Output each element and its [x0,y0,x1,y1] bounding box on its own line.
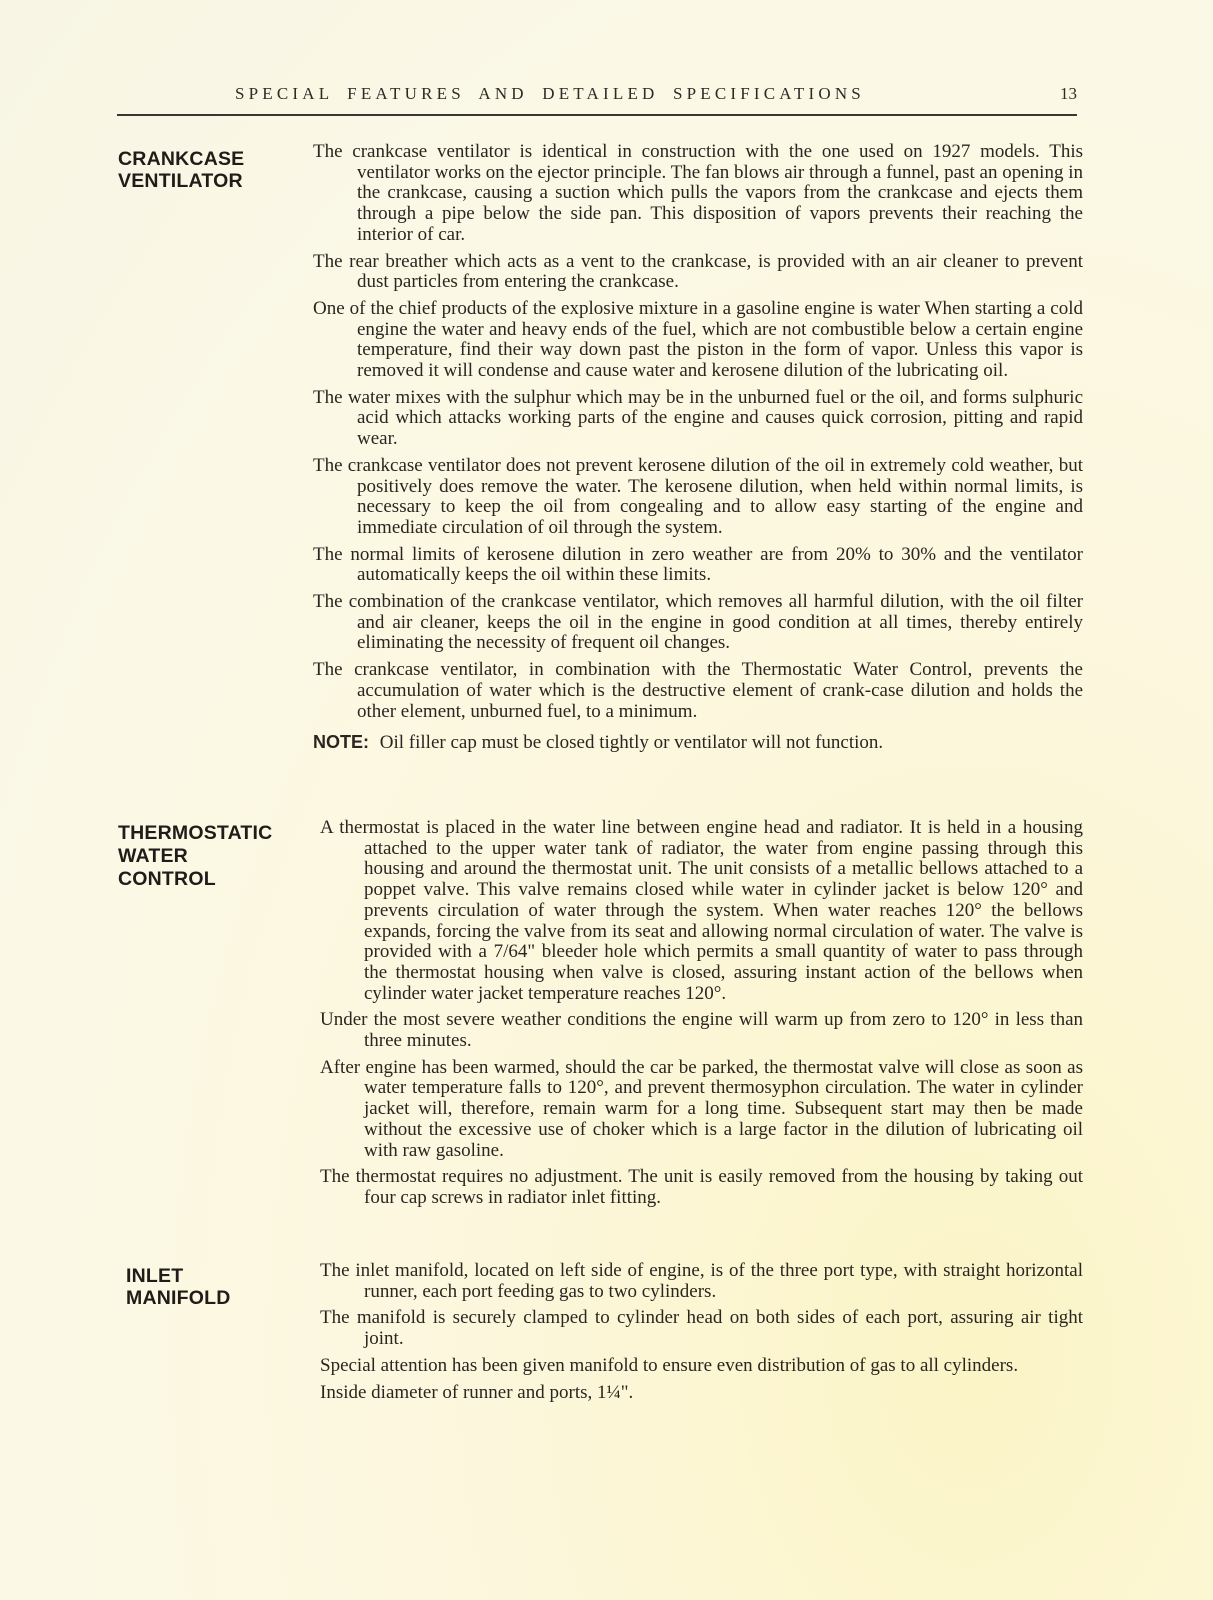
paragraph: A thermostat is placed in the water line… [320,818,1083,1004]
paragraph: The water mixes with the sulphur which m… [313,388,1083,450]
section-heading: INLET MANIFOLD [126,1265,231,1309]
note: NOTE: Oil filler cap must be closed tigh… [313,732,1083,753]
page-number: 13 [1060,84,1077,104]
paragraph: The normal limits of kerosene dilution i… [313,545,1083,586]
paragraph: The crankcase ventilator is identical in… [313,142,1083,246]
paragraph: The inlet manifold, located on left side… [320,1261,1083,1302]
paragraph: One of the chief products of the explosi… [313,299,1083,382]
running-title: SPECIAL FEATURES AND DETAILED SPECIFICAT… [235,84,865,104]
paragraph: The crankcase ventilator, in combination… [313,660,1083,722]
paragraph: Special attention has been given manifol… [320,1356,1083,1377]
paragraph: The crankcase ventilator does not preven… [313,456,1083,539]
paragraph: Inside diameter of runner and ports, 1¼"… [320,1383,1083,1404]
section-heading: THERMOSTATIC WATER CONTROL [118,822,272,891]
section-body: The crankcase ventilator is identical in… [313,142,1083,753]
paragraph: Under the most severe weather conditions… [320,1010,1083,1051]
paragraph: After engine has been warmed, should the… [320,1058,1083,1162]
section-body: A thermostat is placed in the water line… [320,818,1083,1215]
paragraph: The combination of the crankcase ventila… [313,592,1083,654]
running-header: SPECIAL FEATURES AND DETAILED SPECIFICAT… [117,84,1077,110]
paragraph: The manifold is securely clamped to cyli… [320,1308,1083,1349]
note-text: Oil filler cap must be closed tightly or… [380,732,883,753]
section-heading: CRANKCASE VENTILATOR [118,148,244,192]
document-page: SPECIAL FEATURES AND DETAILED SPECIFICAT… [0,0,1213,1600]
note-label: NOTE: [313,732,369,752]
paragraph: The thermostat requires no adjustment. T… [320,1167,1083,1208]
section-body: The inlet manifold, located on left side… [320,1261,1083,1409]
paragraph: The rear breather which acts as a vent t… [313,252,1083,293]
header-rule [117,114,1077,116]
